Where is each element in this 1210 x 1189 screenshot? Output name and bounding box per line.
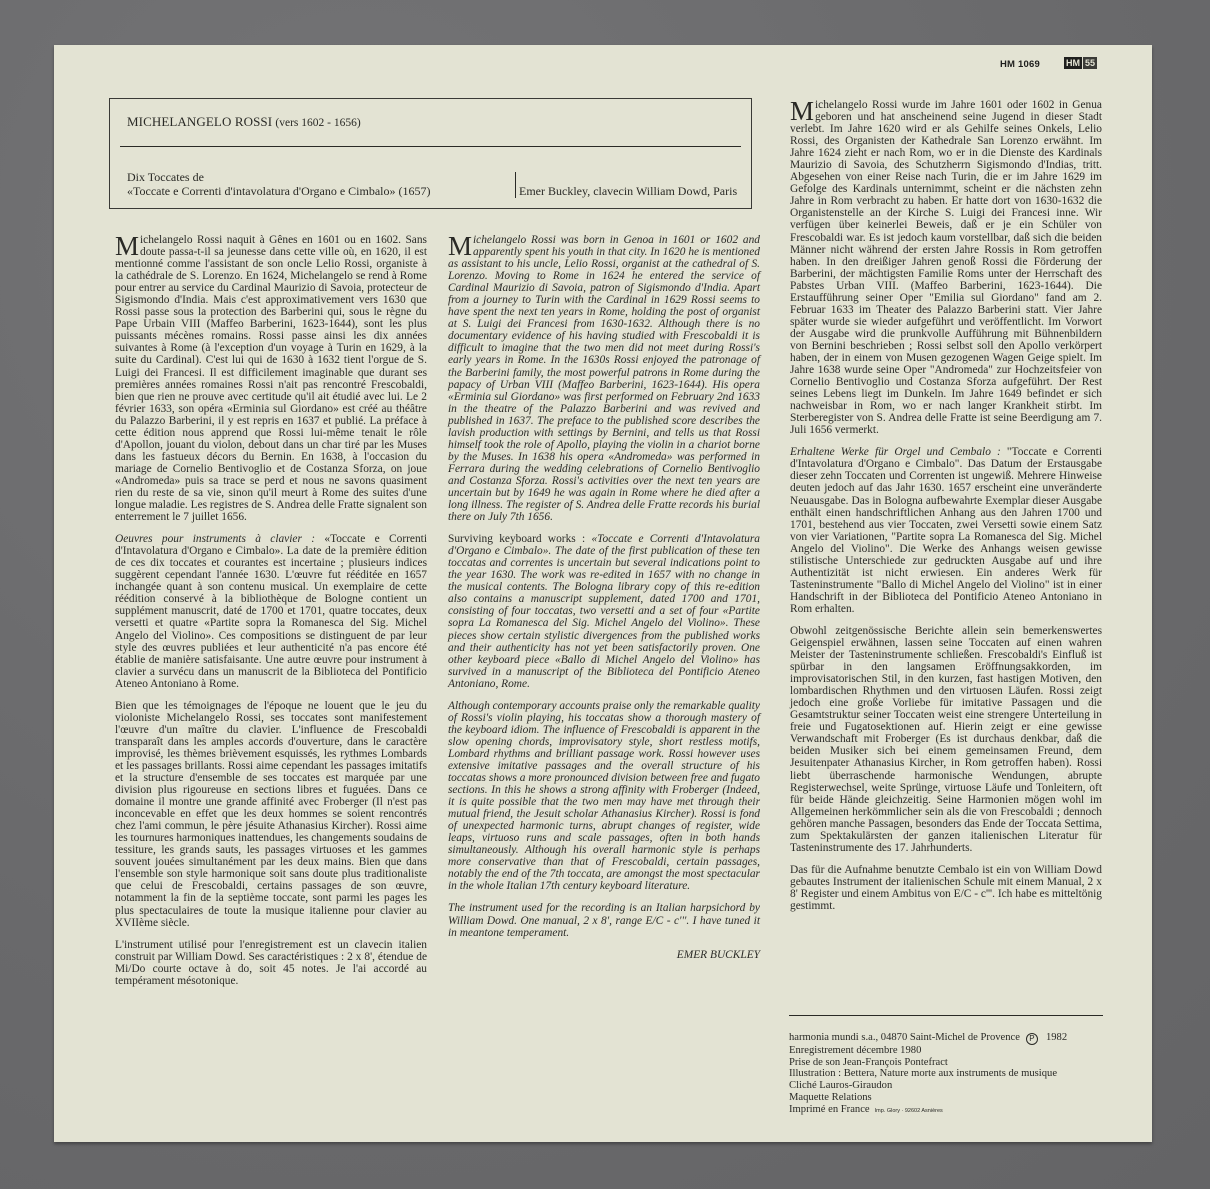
catalog-number: HM 1069 [1000,59,1040,70]
work-title-line-2: «Toccate e Correnti d'intavolatura d'Org… [127,184,431,198]
photo-credit: Cliché Lauros-Giraudon [789,1080,1109,1092]
performers: Emer Buckley, clavecin William Dowd, Par… [519,184,737,198]
phonogram-icon: P [1026,1033,1038,1045]
illustration-credit: Illustration : Bettera, Nature morte aux… [789,1068,1109,1080]
composer-dates: (vers 1602 - 1656) [275,117,360,129]
composer-name: MICHELANGELO ROSSI [127,114,272,129]
english-paragraph-3: Although contemporary accounts praise on… [448,700,760,893]
sound-engineer: Prise de son Jean-François Pontefract [789,1057,1109,1069]
english-paragraph-4: The instrument used for the recording is… [448,902,760,938]
composer-heading: MICHELANGELO ROSSI (vers 1602 - 1656) [127,114,361,130]
author-signature: EMER BUCKLEY [448,949,760,961]
hm-logo-text: HM [1064,57,1082,69]
german-paragraph-2: Erhaltene Werke für Orgel und Cembalo : … [790,446,1102,615]
drop-cap: M [115,236,139,256]
printed-in: Imprimé en FranceImp. Glory · 92602 Asni… [789,1104,1109,1118]
drop-cap: M [448,236,472,256]
section-lead: Surviving keyboard works : [448,533,585,545]
french-paragraph-2: Oeuvres pour instruments à clavier : «To… [115,533,427,690]
french-liner-notes: Michelangelo Rossi naquit à Gênes en 160… [115,234,427,997]
german-paragraph-4: Das für die Aufnahme benutzte Cembalo is… [790,864,1102,912]
section-lead: Oeuvres pour instruments à clavier : [115,533,315,545]
drop-cap: M [790,101,814,121]
layout-credit: Maquette Relations [789,1092,1109,1104]
french-paragraph-1: Michelangelo Rossi naquit à Gênes en 160… [115,234,427,523]
english-liner-notes: Michelangelo Rossi was born in Genoa in … [448,234,760,961]
title-divider [120,146,741,147]
production-credits: harmonia mundi s.a., 04870 Saint-Michel … [789,1032,1109,1117]
section-lead: Erhaltene Werke für Orgel und Cembalo : [790,446,1001,458]
printer-credit: Imp. Glory · 92602 Asnières [875,1108,943,1114]
copyright-year: 1982 [1046,1032,1067,1043]
german-paragraph-3: Obwohl zeitgenössische Berichte allein s… [790,625,1102,854]
french-paragraph-4: L'instrument utilisé pour l'enregistreme… [115,939,427,987]
german-paragraph-1: Michelangelo Rossi wurde im Jahre 1601 o… [790,99,1102,436]
work-title-line-1: Dix Toccates de [127,170,431,184]
hm-series-number: 55 [1083,57,1097,69]
french-paragraph-3: Bien que les témoignages de l'époque ne … [115,700,427,929]
credits-divider [789,1015,1103,1016]
harmonia-mundi-logo: HM 55 [1064,57,1097,69]
english-paragraph-1: Michelangelo Rossi was born in Genoa in … [448,234,760,523]
german-liner-notes: Michelangelo Rossi wurde im Jahre 1601 o… [790,99,1102,922]
recording-date: Enregistrement décembre 1980 [789,1045,1109,1057]
publisher-line: harmonia mundi s.a., 04870 Saint-Michel … [789,1032,1109,1045]
title-box: MICHELANGELO ROSSI (vers 1602 - 1656) Di… [109,98,752,209]
work-title: Dix Toccates de «Toccate e Correnti d'in… [127,170,431,198]
english-paragraph-2: Surviving keyboard works : «Toccate e Co… [448,533,760,690]
